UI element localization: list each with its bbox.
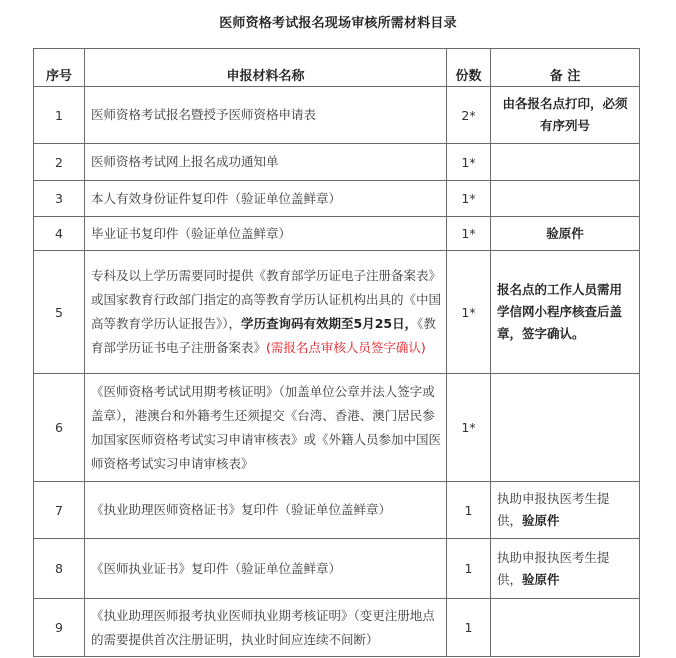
table-row: 2 医师资格考试网上报名成功通知单 1*	[34, 144, 640, 181]
row-no: 4	[34, 217, 85, 251]
row-no: 2	[34, 144, 85, 181]
header-note: 备 注	[491, 49, 640, 87]
header-qty: 份数	[447, 49, 491, 87]
row-note-bold-text: 验原件	[522, 572, 560, 587]
row-no: 9	[34, 599, 85, 657]
row-note: 执助申报执医考生提供，验原件	[491, 539, 640, 599]
table-row: 4 毕业证书复印件（验证单位盖鲜章） 1* 验原件	[34, 217, 640, 251]
row-name: 本人有效身份证件复印件（验证单位盖鲜章）	[85, 181, 447, 217]
row-name: 医师资格考试报名暨授予医师资格申请表	[85, 87, 447, 144]
document-title: 医师资格考试报名现场审核所需材料目录	[0, 12, 676, 31]
row-qty: 1	[447, 539, 491, 599]
table-row: 8 《医师执业证书》复印件（验证单位盖鲜章） 1 执助申报执医考生提供，验原件	[34, 539, 640, 599]
row-note	[491, 144, 640, 181]
table-header-row: 序号 申报材料名称 份数 备 注	[34, 49, 640, 87]
row-note	[491, 181, 640, 217]
row-name-red-text: (需报名点审核人员签字确认)	[266, 340, 426, 355]
row-qty: 1*	[447, 181, 491, 217]
row-no: 5	[34, 251, 85, 374]
row-note	[491, 599, 640, 657]
row-note	[491, 374, 640, 482]
row-note: 报名点的工作人员需用学信网小程序核查后盖章，签字确认。	[491, 251, 640, 374]
row-name: 毕业证书复印件（验证单位盖鲜章）	[85, 217, 447, 251]
row-qty: 1*	[447, 251, 491, 374]
table-row: 9 《执业助理医师报考执业医师执业期考核证明》（变更注册地点的需要提供首次注册证…	[34, 599, 640, 657]
row-qty: 1*	[447, 144, 491, 181]
table-row: 7 《执业助理医师资格证书》复印件（验证单位盖鲜章） 1 执助申报执医考生提供，…	[34, 482, 640, 539]
table-row: 3 本人有效身份证件复印件（验证单位盖鲜章） 1*	[34, 181, 640, 217]
row-note: 由各报名点打印，必须有序列号	[491, 87, 640, 144]
row-no: 7	[34, 482, 85, 539]
row-name: 专科及以上学历需要同时提供《教育部学历证电子注册备案表》或国家教育行政部门指定的…	[85, 251, 447, 374]
row-qty: 1	[447, 599, 491, 657]
row-name: 《执业助理医师报考执业医师执业期考核证明》（变更注册地点的需要提供首次注册证明，…	[85, 599, 447, 657]
header-no: 序号	[34, 49, 85, 87]
row-qty: 1	[447, 482, 491, 539]
row-qty: 1*	[447, 217, 491, 251]
row-name: 《执业助理医师资格证书》复印件（验证单位盖鲜章）	[85, 482, 447, 539]
header-name: 申报材料名称	[85, 49, 447, 87]
row-note: 验原件	[491, 217, 640, 251]
row-name-bold-text: 学历查询码有效期至5月25日，	[241, 316, 417, 331]
row-qty: 2*	[447, 87, 491, 144]
row-name: 《医师执业证书》复印件（验证单位盖鲜章）	[85, 539, 447, 599]
row-note-bold-text: 验原件	[522, 513, 560, 528]
row-no: 8	[34, 539, 85, 599]
row-no: 6	[34, 374, 85, 482]
table-row: 1 医师资格考试报名暨授予医师资格申请表 2* 由各报名点打印，必须有序列号	[34, 87, 640, 144]
row-qty: 1*	[447, 374, 491, 482]
table-row: 6 《医师资格考试试用期考核证明》（加盖单位公章并法人签字或盖章），港澳台和外籍…	[34, 374, 640, 482]
table-row: 5 专科及以上学历需要同时提供《教育部学历证电子注册备案表》或国家教育行政部门指…	[34, 251, 640, 374]
row-no: 1	[34, 87, 85, 144]
row-name: 医师资格考试网上报名成功通知单	[85, 144, 447, 181]
row-note: 执助申报执医考生提供，验原件	[491, 482, 640, 539]
row-name: 《医师资格考试试用期考核证明》（加盖单位公章并法人签字或盖章），港澳台和外籍考生…	[85, 374, 447, 482]
row-no: 3	[34, 181, 85, 217]
materials-table: 序号 申报材料名称 份数 备 注 1 医师资格考试报名暨授予医师资格申请表 2*…	[33, 48, 640, 657]
